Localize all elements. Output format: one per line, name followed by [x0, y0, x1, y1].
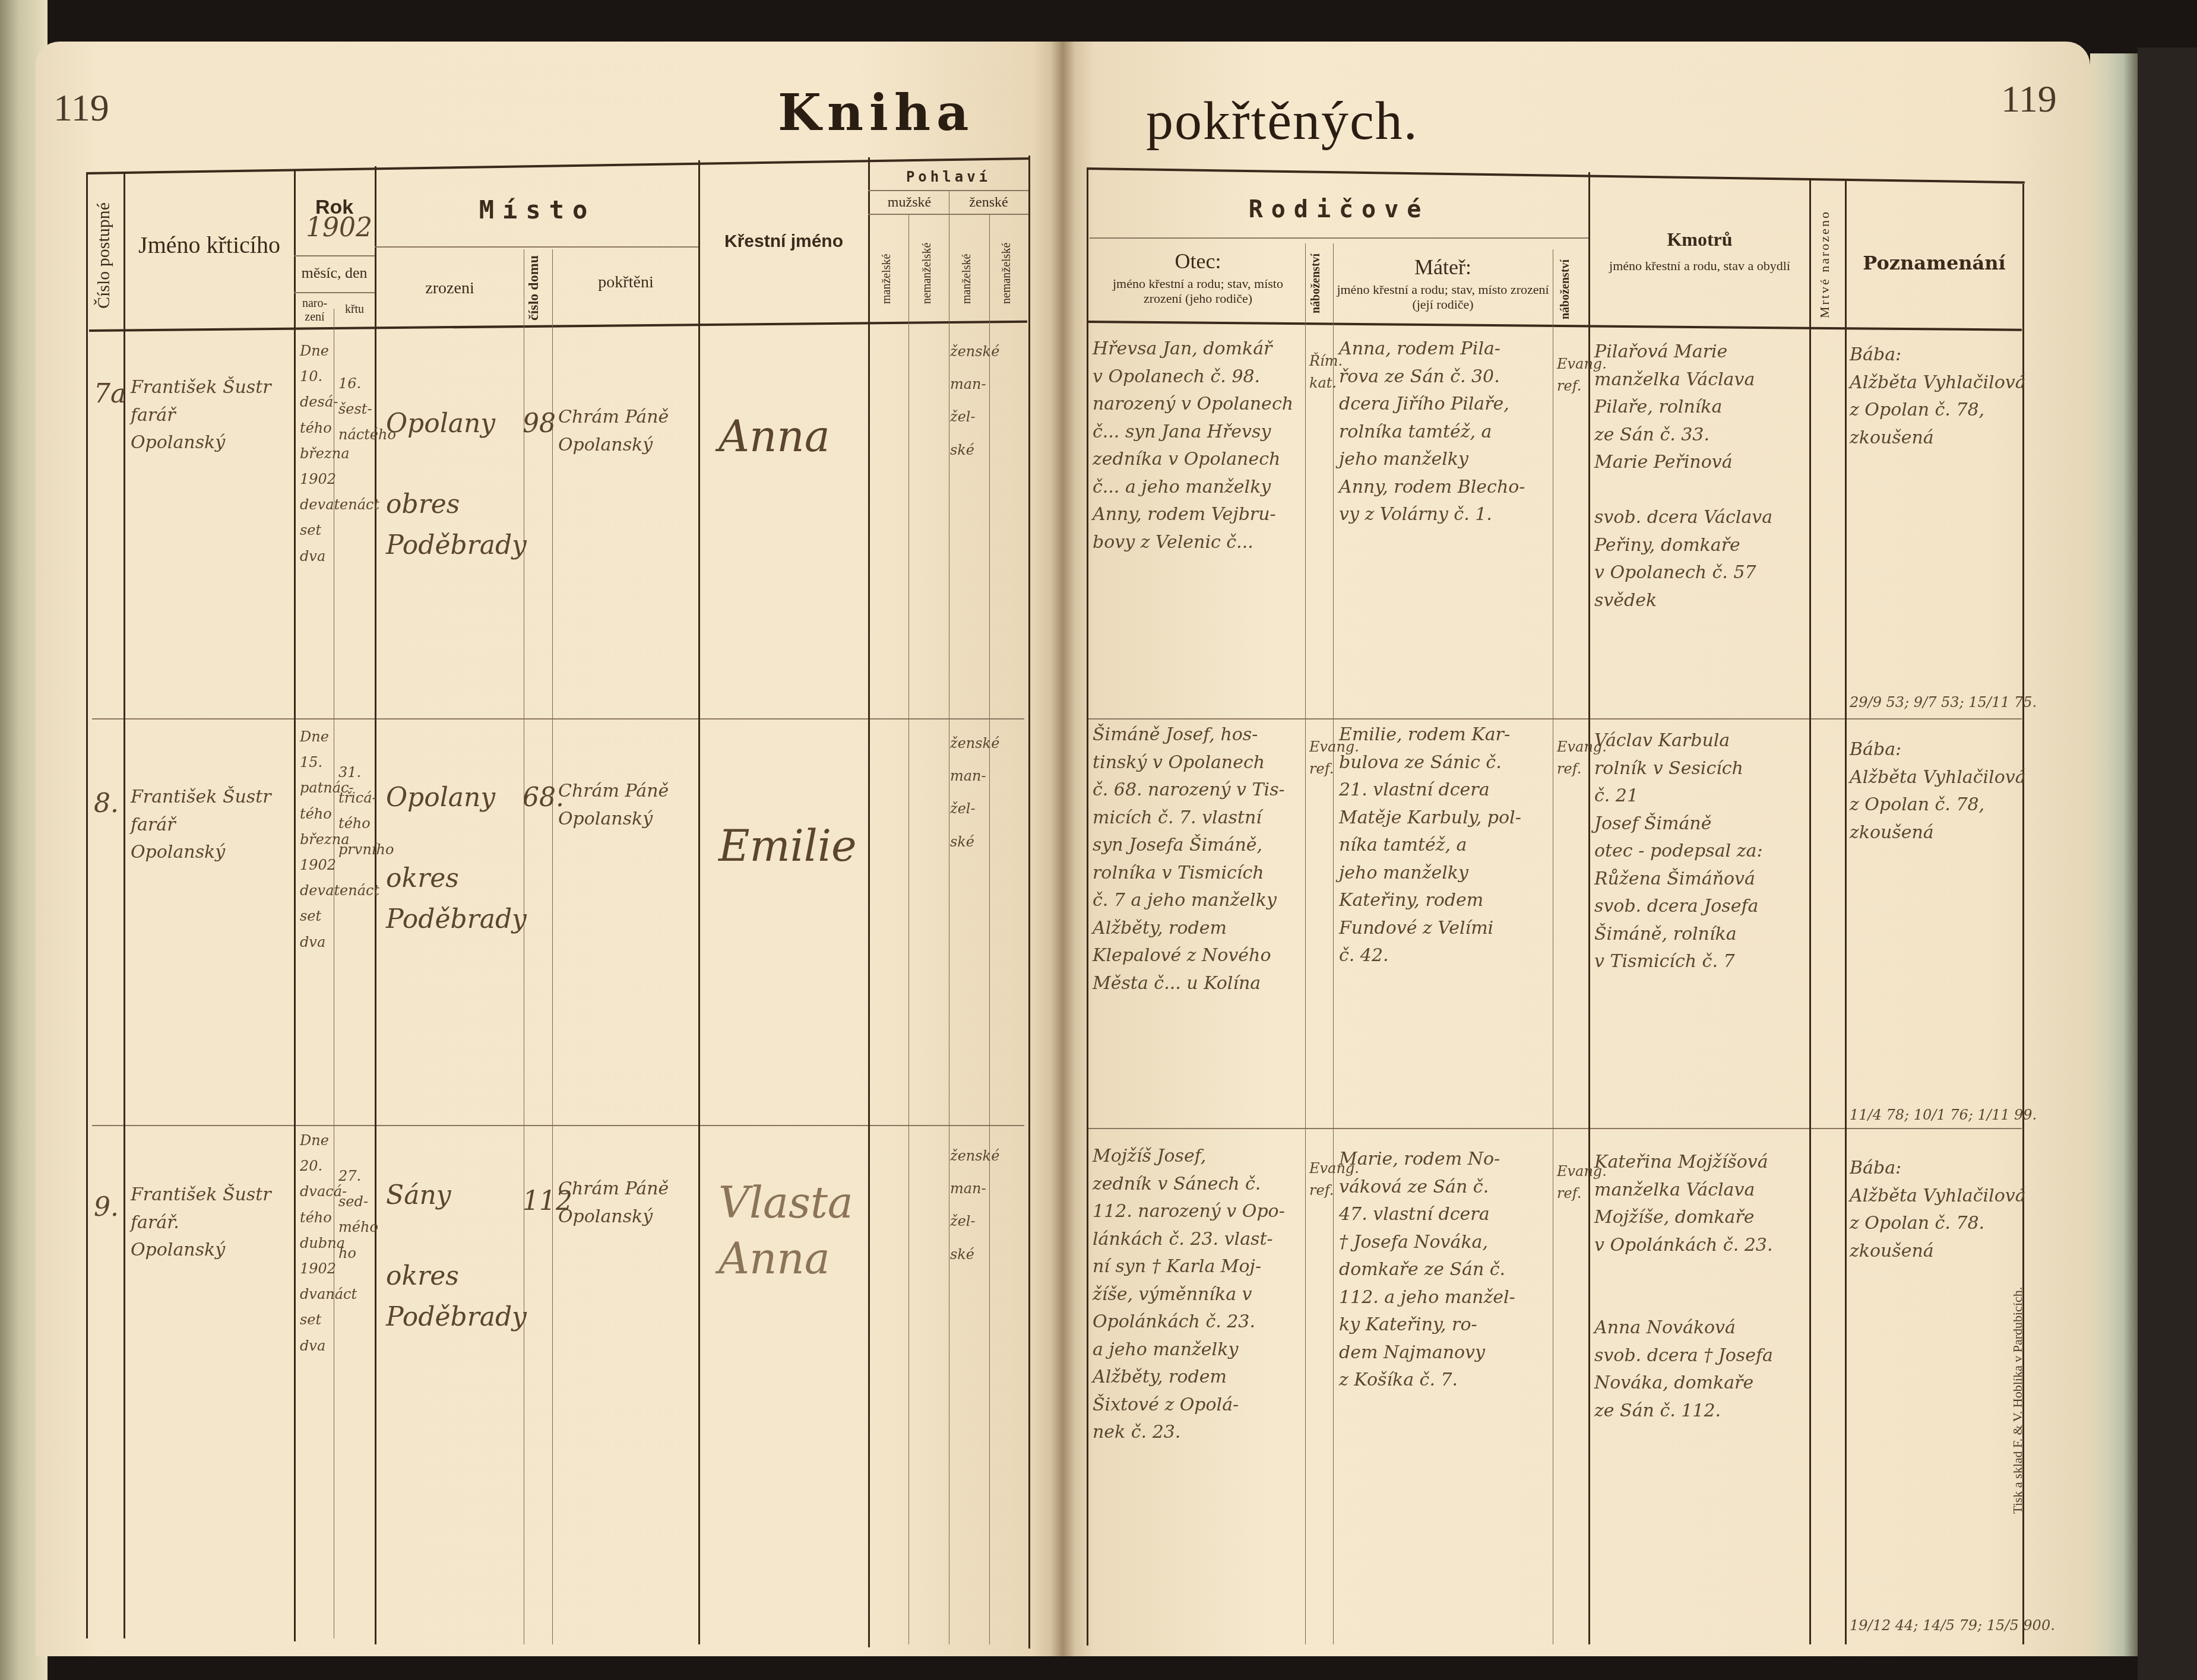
- entry-mother: Emilie, rodem Kar- bulova ze Sánic č. 21…: [1339, 721, 1521, 970]
- entry-notes-footer: 11/4 78; 10/1 76; 1/11 99.: [1850, 1104, 2037, 1126]
- sub-divider: [294, 292, 375, 293]
- entry-baptism-place: Chrám Páně Opolanský: [558, 1175, 669, 1231]
- header-jmeno-krticiho: Jméno křticího: [128, 232, 291, 259]
- entry-sex-mark: ženské man- žel- ské: [950, 1140, 999, 1271]
- entry-mother-religion: Evang. ref.: [1557, 1161, 1587, 1204]
- entry-mother: Marie, rodem No- váková ze Sán č. 47. vl…: [1339, 1146, 1515, 1394]
- col-border: [375, 166, 376, 1644]
- header-cislo-domu: číslo domu: [526, 255, 550, 321]
- entry-child-name: Emilie: [718, 813, 857, 880]
- header-zenske: ženské: [950, 195, 1027, 211]
- entry-notes: Bába: Alžběta Vyhlačilová z Opolan č. 78…: [1850, 1155, 2026, 1265]
- entry-baptizer: František Šustr farář Opolanský: [131, 374, 271, 457]
- header-krestni-jmeno: Křestní jméno: [701, 232, 867, 252]
- header-poznamenani: Poznamenání: [1847, 252, 2022, 274]
- col-border: [949, 190, 949, 1644]
- header-kmotru-desc: jméno křestní a rodu, stav a obydlí: [1600, 258, 1799, 273]
- entry-birth-date: Dne 20. dvacá- tého dubna 1902 dvanáct s…: [300, 1128, 335, 1359]
- sub-divider: [1090, 237, 1588, 239]
- entry-father-religion: Evang. ref.: [1309, 1158, 1331, 1202]
- entry-house-no: 98: [523, 404, 556, 444]
- entry-sex-mark: ženské man- žel- ské: [950, 335, 999, 467]
- col-border: [1809, 178, 1811, 1644]
- header-muzske: mužské: [870, 195, 949, 211]
- col-border: [1305, 243, 1306, 1644]
- book-edge-right: [2090, 53, 2138, 1656]
- sub-divider: [868, 190, 1028, 191]
- sub-divider: [868, 214, 1028, 215]
- entry-godparents: Pilařová Marie manželka Václava Pilaře, …: [1594, 338, 1772, 614]
- entry-mother-religion: Evang. ref.: [1557, 353, 1587, 397]
- col-border: [1553, 249, 1553, 1644]
- col-border: [1845, 181, 1847, 1644]
- entry-godparents: Václav Karbula rolník v Sesicích č. 21 J…: [1594, 727, 1763, 976]
- header-krtu: křtu: [335, 303, 373, 316]
- entry-number: 8.: [94, 784, 119, 824]
- header-misto: Místo: [380, 196, 695, 224]
- sub-divider: [375, 246, 698, 248]
- entry-baptism-date: 27. sed- mého ho: [338, 1164, 374, 1266]
- entry-child-name: Anna: [718, 404, 830, 470]
- book-cover: [2138, 47, 2197, 1680]
- entry-notes: Bába: Alžběta Vyhlačilová z Opolan č. 78…: [1850, 341, 2026, 452]
- entry-baptism-place: Chrám Páně Opolanský: [558, 404, 669, 459]
- header-narozeni: naro-zení: [296, 297, 334, 324]
- header-pohlavi: Pohlaví: [870, 169, 1027, 186]
- entry-birthplace: Opolany okres Poděbrady: [386, 778, 527, 940]
- title-right: pokřtěných.: [1146, 89, 1419, 152]
- entry-birth-date: Dne 10. desá- tého března 1902 devatenác…: [300, 338, 335, 569]
- col-border: [1087, 167, 1088, 1646]
- entry-baptizer: František Šustr farář Opolanský: [131, 784, 271, 867]
- header-nabozenstvi-otec: náboženství: [1309, 249, 1329, 318]
- header-otec: Otec:: [1093, 249, 1303, 274]
- entry-baptism-date: 31. třicá- tého prvního: [338, 760, 374, 863]
- header-zrozeni: zrozeni: [377, 279, 523, 298]
- header-mrtve-narozeno: Mrtvé narozeno: [1817, 208, 1837, 321]
- entry-father: Mojžíš Josef, zedník v Sánech č. 112. na…: [1093, 1143, 1285, 1447]
- header-rok-value: 1902: [306, 208, 372, 248]
- entry-father: Hřevsa Jan, domkář v Opolanech č. 98. na…: [1093, 335, 1293, 556]
- header-rodicove: Rodičové: [1093, 196, 1585, 223]
- entry-notes-footer: 29/9 53; 9/7 53; 15/11 75.: [1850, 692, 2037, 714]
- header-mesic-den: měsíc, den: [296, 264, 373, 282]
- header-cislo-postupne: Číslo postupné: [94, 190, 118, 321]
- col-border: [552, 249, 553, 1644]
- header-manzelske-z: manželské: [960, 237, 978, 321]
- col-border: [698, 160, 700, 1644]
- entry-father: Šimáně Josef, hos- tinský v Opolanech č.…: [1093, 721, 1285, 997]
- header-manzelske-m: manželské: [880, 237, 898, 321]
- row-divider: [1087, 718, 2022, 719]
- entry-mother-religion: Evang. ref.: [1557, 736, 1587, 780]
- col-border: [1028, 156, 1030, 1649]
- entry-number: 7a: [94, 374, 126, 414]
- col-border: [294, 169, 296, 1641]
- col-border: [908, 214, 909, 1644]
- entry-father-religion: Evang. ref.: [1309, 736, 1331, 780]
- entry-notes: Bába: Alžběta Vyhlačilová z Opolan č. 78…: [1850, 736, 2026, 847]
- entry-birthplace: Opolany obres Poděbrady: [386, 404, 527, 566]
- entry-mother: Anna, rodem Pila- řova ze Sán č. 30. dce…: [1339, 335, 1525, 529]
- header-kmotru: Kmotrů: [1591, 229, 1808, 251]
- header-nemanzelske-m: nemanželské: [920, 226, 938, 321]
- entry-birthplace: Sány okres Poděbrady: [386, 1175, 527, 1337]
- col-border: [86, 172, 88, 1638]
- entry-child-name: Vlasta Anna: [718, 1175, 853, 1286]
- col-border: [868, 157, 870, 1647]
- entry-baptism-date: 16. šest- náctého: [338, 371, 374, 448]
- entry-notes-footer: 19/12 44; 14/5 79; 15/5 900.: [1850, 1615, 2055, 1637]
- entry-number: 9.: [94, 1187, 119, 1228]
- header-mater: Máteř:: [1336, 255, 1550, 280]
- row-divider: [92, 718, 1024, 719]
- header-nemanzelske-z: nemanželské: [1000, 226, 1018, 321]
- page-number-right: 119: [2001, 77, 2057, 121]
- entry-sex-mark: ženské man- žel- ské: [950, 727, 999, 858]
- entry-baptism-place: Chrám Páně Opolanský: [558, 778, 669, 833]
- header-mater-desc: jméno křestní a rodu; stav, místo zrozen…: [1336, 282, 1550, 312]
- entry-godparents: Kateřina Mojžíšová manželka Václava Mojž…: [1594, 1149, 1773, 1425]
- col-border: [1333, 243, 1334, 1644]
- title-left: Kniha: [778, 83, 975, 142]
- row-divider: [92, 1125, 1024, 1126]
- header-pokrteni: pokřtěni: [555, 273, 697, 292]
- header-otec-desc: jméno křestní a rodu; stav, místo zrozen…: [1093, 276, 1303, 306]
- page-number-left: 119: [53, 86, 109, 130]
- row-divider: [1087, 1128, 2022, 1129]
- sub-divider: [294, 255, 375, 256]
- entry-birth-date: Dne 15. patnác- tého března 1902 devaten…: [300, 724, 335, 955]
- entry-father-religion: Řím. kat.: [1309, 350, 1331, 394]
- col-border: [1588, 172, 1590, 1644]
- entry-baptizer: František Šustr farář. Opolanský: [131, 1181, 271, 1264]
- printer-imprint: Tisk a sklad F. & V. Hoblíka v Pardubicí…: [2010, 1259, 2025, 1514]
- header-nabozenstvi-mater: náboženství: [1559, 255, 1579, 324]
- book-gutter: [1051, 42, 1075, 1656]
